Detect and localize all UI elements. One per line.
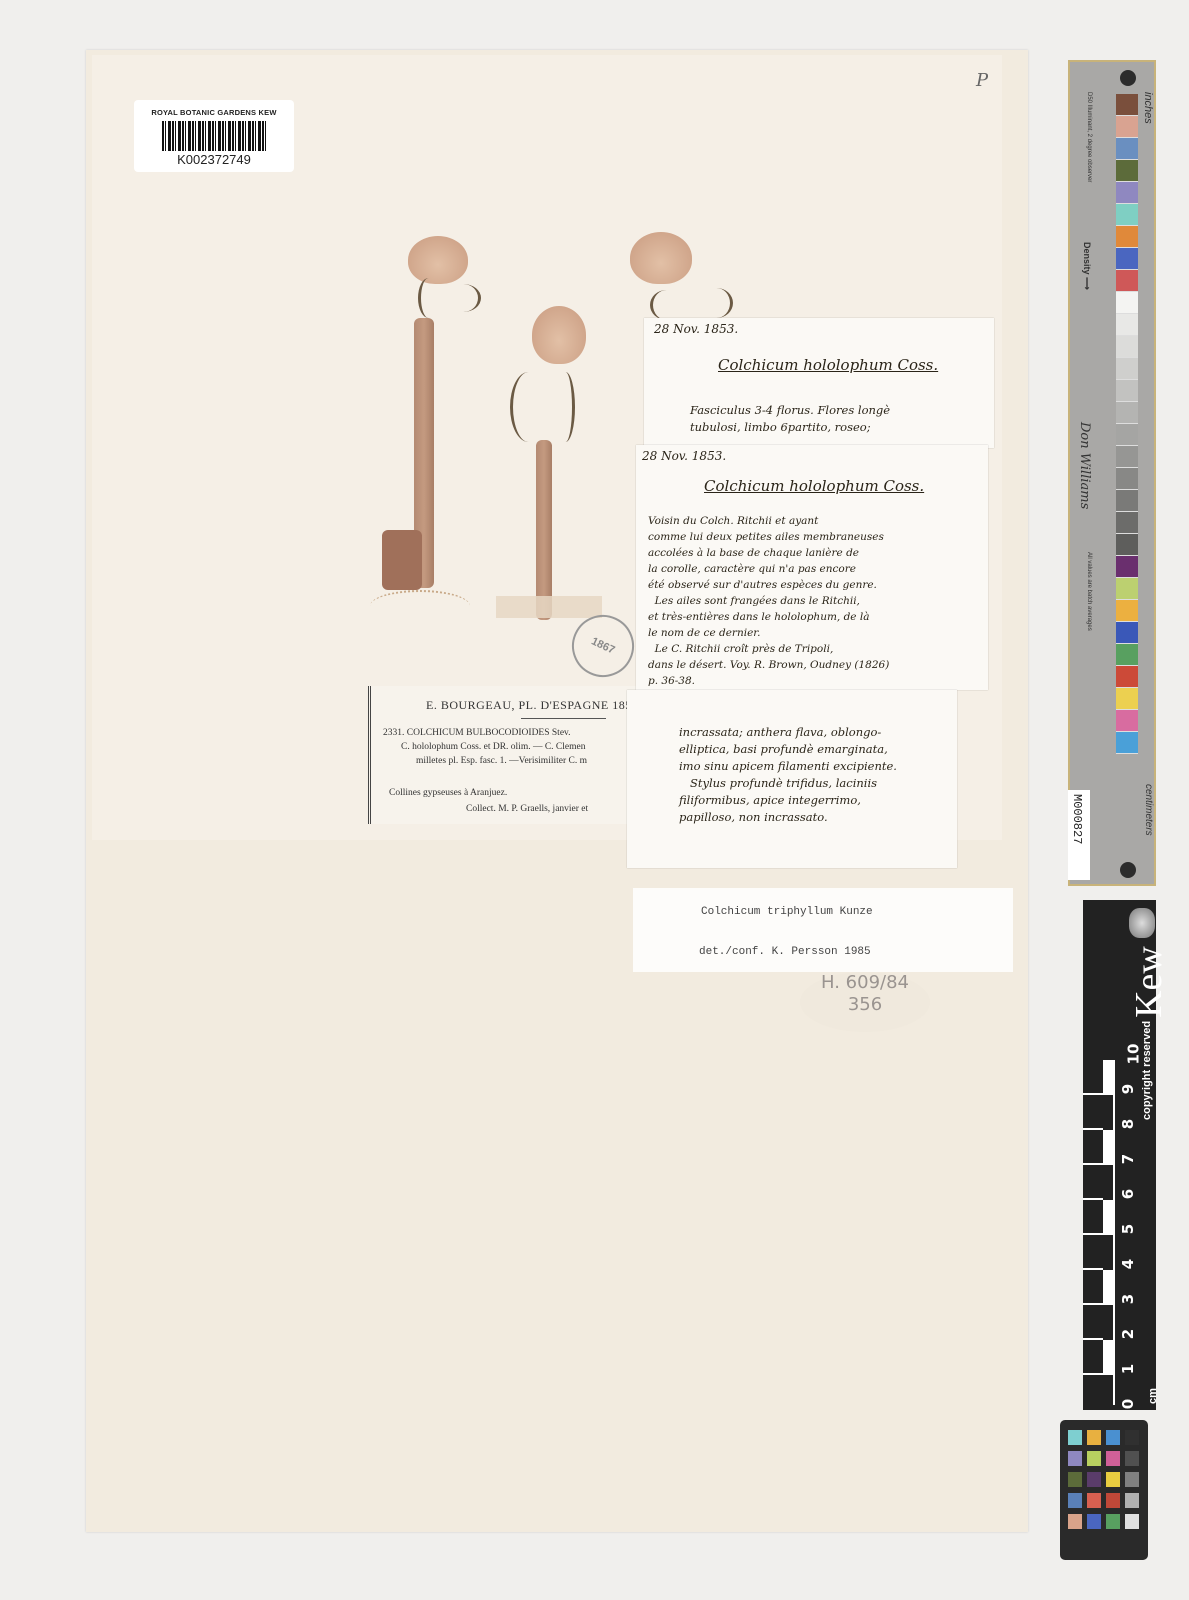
institution-name: ROYAL BOTANIC GARDENS KEW (134, 108, 294, 117)
flower-icon (408, 236, 468, 284)
checker-chip (1106, 1472, 1120, 1487)
pencil-annotation: H. 609/84 356 (800, 972, 930, 1032)
color-patch (1116, 622, 1138, 644)
ruler-number: 6 (1119, 1189, 1137, 1199)
determiner: det./conf. K. Persson 1985 (699, 946, 871, 958)
color-patch (1116, 182, 1138, 204)
corm (382, 530, 422, 590)
handwritten-note-front: 28 Nov. 1853. Colchicum hololophum Coss.… (636, 445, 988, 690)
note-body: incrassata; anthera flava, oblongo- elli… (679, 724, 897, 826)
ruler-number: 4 (1119, 1259, 1137, 1269)
label-line: milletes pl. Esp. fasc. 1. —Verisimilite… (416, 756, 587, 766)
ruler-number: 3 (1119, 1294, 1137, 1304)
ruler-number: 2 (1119, 1329, 1137, 1339)
kew-logo: Kew (1127, 946, 1171, 1018)
kew-scale-ruler: Kew copyright reserved cm 012345678910 (1083, 900, 1156, 1410)
color-patch (1116, 732, 1138, 754)
note-title: Colchicum hololophum Coss. (704, 477, 924, 495)
batch-note: All values are batch averages (1086, 552, 1092, 631)
units-inches: inches (1142, 92, 1154, 124)
density-label: Density ⟶ (1081, 242, 1092, 290)
color-patch (1116, 270, 1138, 292)
leaf-icon (446, 284, 481, 312)
label-header: E. BOURGEAU, PL. D'ESPAGNE 1855 (426, 698, 638, 713)
checker-chip (1087, 1451, 1101, 1466)
color-patch (1116, 380, 1138, 402)
note-title: Colchicum hololophum Coss. (718, 356, 938, 374)
brand-label: Don Williams (1077, 422, 1092, 509)
color-patch (1116, 204, 1138, 226)
strip-id-label: M000827 (1068, 790, 1090, 880)
color-patch (1116, 94, 1138, 116)
color-patch (1116, 160, 1138, 182)
leaf-icon (556, 372, 575, 442)
note-date: 28 Nov. 1853. (642, 449, 726, 463)
color-patch (1116, 490, 1138, 512)
checker-chip (1106, 1451, 1120, 1466)
color-calibration-strip: inches centimeters Density ⟶ Don William… (1068, 60, 1156, 886)
ruler-number: 0 (1119, 1399, 1137, 1409)
label-line: C. hololophum Coss. et DR. olim. — C. Cl… (401, 742, 585, 752)
label-line: Collines gypseuses à Aranjuez. (389, 788, 507, 798)
barcode-icon (162, 121, 267, 151)
leaf-icon (650, 290, 683, 320)
flower-icon (630, 232, 692, 284)
checker-chip (1125, 1430, 1139, 1445)
mounting-tape (496, 596, 602, 618)
units-centimeters: centimeters (1143, 784, 1154, 836)
checker-chip (1106, 1493, 1120, 1508)
color-patch (1116, 138, 1138, 160)
note-body: Voisin du Colch. Ritchii et ayant comme … (648, 513, 889, 689)
checker-chip (1125, 1493, 1139, 1508)
note-body: Fasciculus 3-4 florus. Flores longè tubu… (690, 402, 890, 436)
checker-chip (1068, 1472, 1082, 1487)
color-patch (1116, 600, 1138, 622)
checker-chip (1087, 1430, 1101, 1445)
color-patch (1116, 556, 1138, 578)
color-patch (1116, 402, 1138, 424)
checker-chip (1087, 1514, 1101, 1529)
note-date: 28 Nov. 1853. (654, 322, 738, 336)
checker-chip (1125, 1514, 1139, 1529)
copyright-text: copyright reserved (1141, 1021, 1153, 1120)
strip-hole (1120, 862, 1136, 878)
handwritten-note-back: 28 Nov. 1853. Colchicum hololophum Coss.… (644, 318, 994, 448)
ruler-number: 1 (1119, 1364, 1137, 1374)
strip-id: M000827 (1070, 794, 1084, 844)
color-patch (1116, 446, 1138, 468)
color-patch (1116, 424, 1138, 446)
checker-chip (1068, 1451, 1082, 1466)
pencil-line: H. 609/84 (800, 972, 930, 994)
label-rule (521, 718, 606, 719)
stem (536, 440, 552, 620)
pencil-line: 356 (800, 994, 930, 1016)
color-patch (1116, 116, 1138, 138)
illuminant-note: D50 Illuminant, 2 degree observer (1086, 92, 1092, 182)
checker-chip (1106, 1430, 1120, 1445)
checker-chips (1068, 1430, 1139, 1529)
leaf-icon (510, 372, 547, 442)
ruler-ticks-alt (1103, 1060, 1113, 1405)
stamp-year: 1867 (589, 635, 616, 656)
color-checker-card (1060, 1420, 1148, 1560)
strip-hole (1120, 70, 1136, 86)
ruler-number: 8 (1119, 1119, 1137, 1129)
barcode-number: K002372749 (134, 152, 294, 167)
checker-chip (1068, 1430, 1082, 1445)
flower-icon (532, 306, 586, 364)
checker-chip (1125, 1451, 1139, 1466)
color-patch (1116, 226, 1138, 248)
handwritten-note-lower: incrassata; anthera flava, oblongo- elli… (627, 690, 957, 868)
color-patch (1116, 578, 1138, 600)
checker-chip (1087, 1472, 1101, 1487)
label-line: Collect. M. P. Graells, janvier et (466, 804, 588, 814)
color-patch (1116, 666, 1138, 688)
color-patch (1116, 468, 1138, 490)
ruler-number: 7 (1119, 1154, 1137, 1164)
color-patch (1116, 644, 1138, 666)
label-line: 2331. COLCHICUM BULBOCODIOIDES Stev. (383, 728, 571, 738)
kew-crest-icon (1129, 908, 1155, 938)
color-patch (1116, 314, 1138, 336)
leaf-icon (418, 278, 439, 318)
collection-label: E. BOURGEAU, PL. D'ESPAGNE 1855 2331. CO… (368, 686, 643, 824)
color-patch (1116, 358, 1138, 380)
color-patch (1116, 710, 1138, 732)
color-patch (1116, 248, 1138, 270)
checker-chip (1125, 1472, 1139, 1487)
roots (370, 590, 470, 622)
ruler-number: 5 (1119, 1224, 1137, 1234)
ruler-number: 10 (1124, 1044, 1142, 1065)
checker-chip (1087, 1493, 1101, 1508)
determination-label: Colchicum triphyllum Kunze det./conf. K.… (633, 888, 1013, 972)
color-patch (1116, 534, 1138, 556)
checker-chip (1068, 1493, 1082, 1508)
color-patch (1116, 292, 1138, 314)
color-patch (1116, 336, 1138, 358)
barcode-label: ROYAL BOTANIC GARDENS KEW K002372749 (134, 100, 294, 172)
color-patch (1116, 688, 1138, 710)
corner-mark: P (976, 70, 988, 91)
leaf-icon (700, 288, 733, 318)
ruler-number: 9 (1119, 1084, 1137, 1094)
color-patch (1116, 512, 1138, 534)
ruler-unit: cm (1147, 1388, 1159, 1404)
determined-taxon: Colchicum triphyllum Kunze (701, 906, 873, 918)
checker-chip (1068, 1514, 1082, 1529)
color-patches (1116, 94, 1138, 754)
checker-chip (1106, 1514, 1120, 1529)
